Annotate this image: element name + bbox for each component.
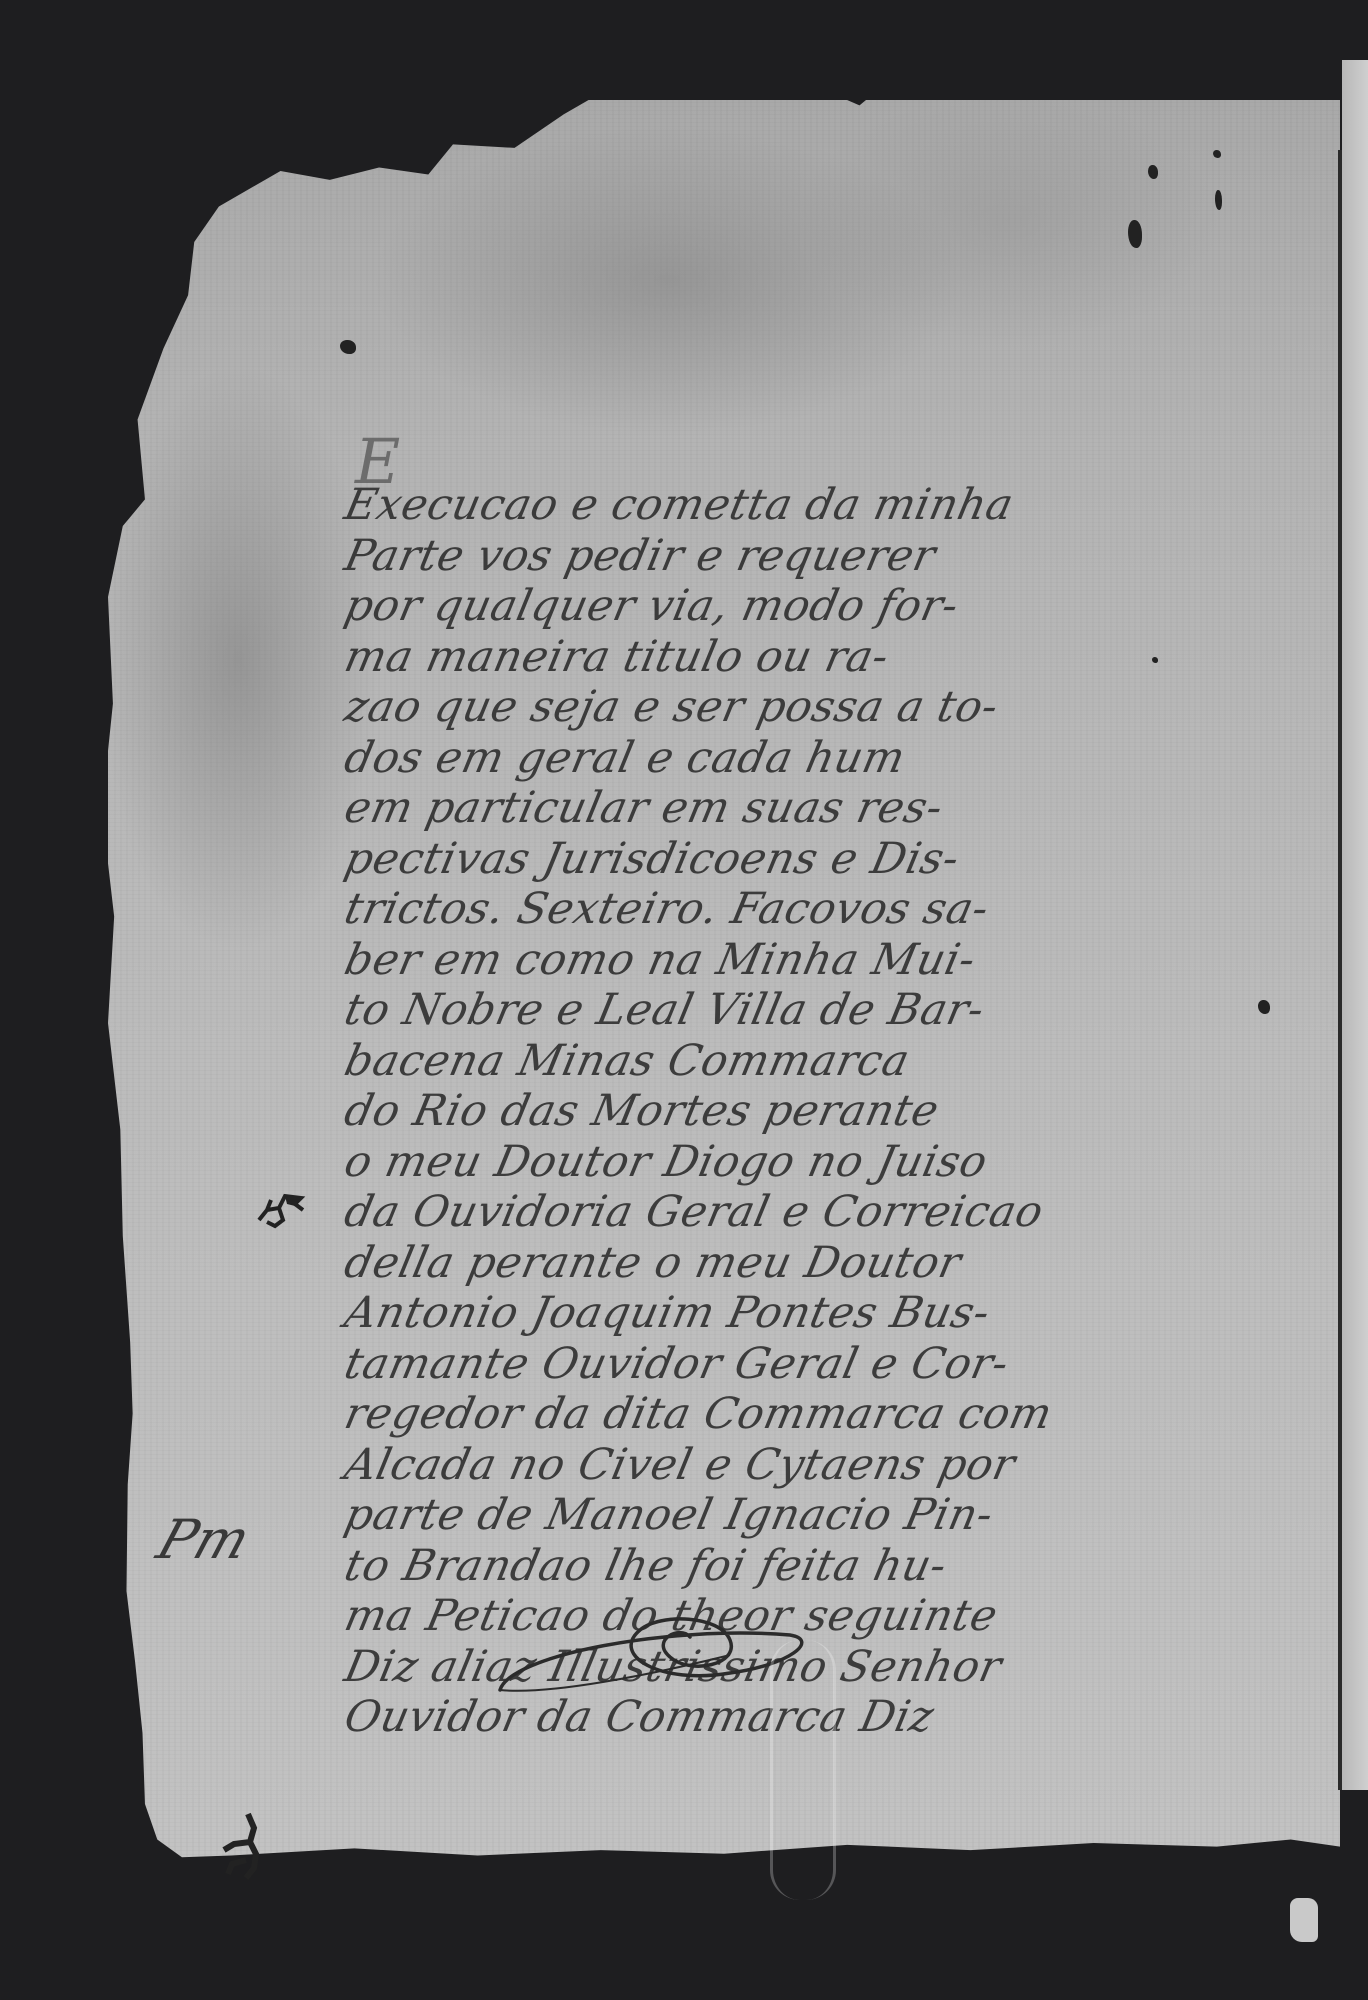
text-line: do Rio das Mortes perante: [340, 1086, 1141, 1137]
text-line: Execucao e cometta da minha: [340, 480, 1141, 531]
paper-scrap: [1290, 1898, 1318, 1942]
ink-blot-mark: [210, 1808, 270, 1888]
text-line: ma maneira titulo ou ra-: [340, 632, 1141, 683]
text-line: Antonio Joaquim Pontes Bus-: [340, 1288, 1141, 1339]
text-line: trictos. Sexteiro. Facovos sa-: [340, 884, 1141, 935]
handwritten-text: Execucao e cometta da minha Parte vos pe…: [340, 480, 1130, 1743]
text-line: Alcada no Civel e Cytaens por: [340, 1440, 1141, 1491]
ink-spot: [1213, 150, 1221, 158]
ink-spot: [1152, 657, 1158, 663]
ink-spot: [1258, 1000, 1270, 1014]
text-line: to Nobre e Leal Villa de Bar-: [340, 985, 1141, 1036]
text-line: to Brandao lhe foi feita hu-: [340, 1541, 1141, 1592]
ink-spot: [1128, 220, 1142, 248]
text-line: tamante Ouvidor Geral e Cor-: [340, 1339, 1141, 1390]
scan-background: E Execucao e cometta da minha Parte vos …: [0, 0, 1368, 2000]
text-line: da Ouvidoria Geral e Correicao: [340, 1187, 1141, 1238]
text-line: pectivas Jurisdicoens e Dis-: [340, 834, 1141, 885]
text-line: Parte vos pedir e requerer: [340, 531, 1141, 582]
text-line: della perante o meu Doutor: [340, 1238, 1141, 1289]
adjacent-page-edge: [1342, 60, 1368, 1790]
page-fold-line: [1338, 150, 1342, 1790]
ink-spot: [1215, 190, 1222, 210]
text-line: em particular em suas res-: [340, 783, 1141, 834]
ink-spot: [1148, 165, 1158, 179]
text-line: bacena Minas Commarca: [340, 1036, 1141, 1087]
ink-spot: [340, 340, 356, 354]
text-line: regedor da dita Commarca com: [340, 1389, 1141, 1440]
ink-blot-mark: [245, 1188, 315, 1238]
paper-crease: [770, 1640, 836, 1900]
text-line: ber em como na Minha Mui-: [340, 935, 1141, 986]
text-line: dos em geral e cada hum: [340, 733, 1141, 784]
text-line: zao que seja e ser possa a to-: [340, 682, 1141, 733]
text-line: por qualquer via, modo for-: [340, 581, 1141, 632]
closing-flourish: [490, 1595, 810, 1705]
text-line: o meu Doutor Diogo no Juiso: [340, 1137, 1141, 1188]
text-line: parte de Manoel Ignacio Pin-: [340, 1490, 1141, 1541]
